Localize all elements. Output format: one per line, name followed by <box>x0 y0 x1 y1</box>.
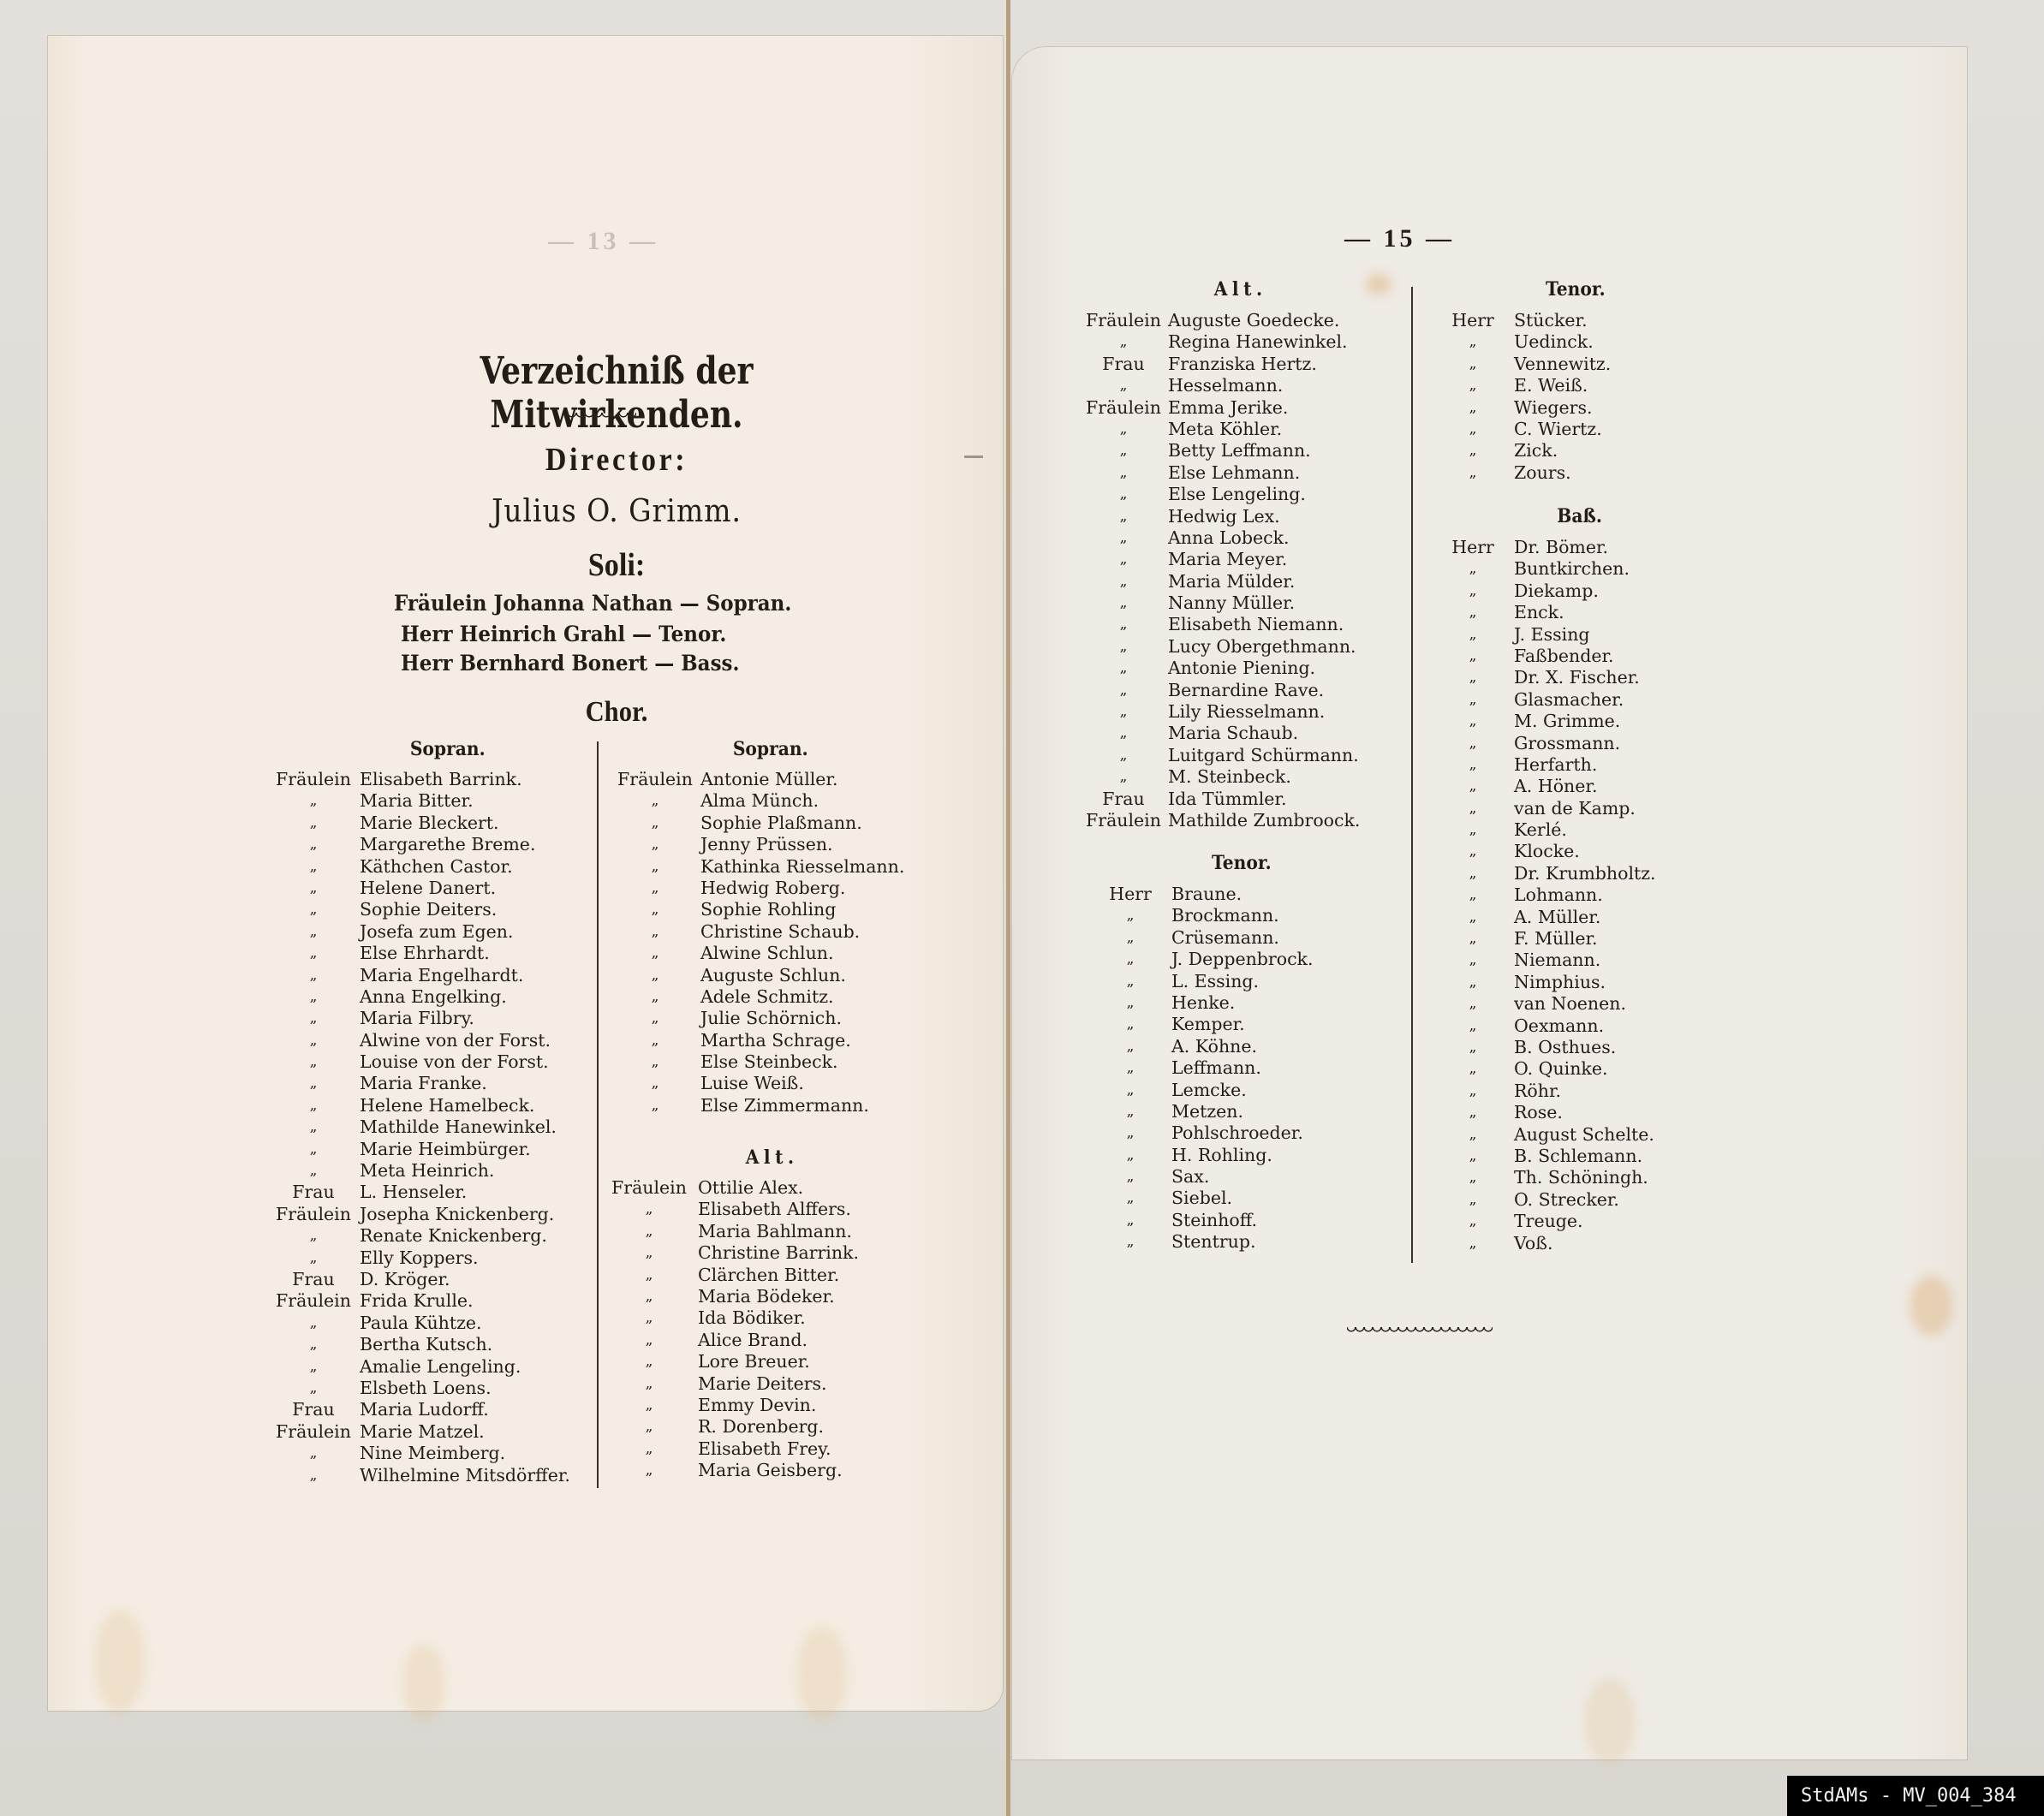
salutation: „ <box>271 1030 356 1051</box>
member-name: A. Müller. <box>1514 907 1600 928</box>
member-name: Nine Meimberg. <box>360 1443 505 1464</box>
salutation: „ <box>1105 949 1156 970</box>
salutation: „ <box>1447 667 1499 688</box>
salutation: „ <box>1105 1014 1156 1035</box>
member-name: Diekamp. <box>1514 581 1599 602</box>
salutation: „ <box>1447 1037 1499 1058</box>
member-name: Elsbeth Loens. <box>360 1378 492 1399</box>
member-name: Helene Hamelbeck. <box>360 1095 534 1116</box>
salutation: „ <box>1447 798 1499 819</box>
margin-mark <box>964 455 983 458</box>
member-name: Mathilde Zumbroock. <box>1168 810 1360 831</box>
member-name: Herfarth. <box>1514 754 1597 776</box>
salutation: „ <box>1105 1231 1156 1253</box>
salutation: „ <box>271 878 356 899</box>
salutation: Fräulein <box>612 769 698 790</box>
member-name: Else Zimmermann. <box>700 1095 869 1116</box>
salutation: „ <box>1447 1015 1499 1037</box>
salutation: „ <box>606 1221 692 1242</box>
salutation: „ <box>1105 1080 1156 1101</box>
member-name: Auguste Schlun. <box>700 965 846 986</box>
salutation: „ <box>1447 754 1499 776</box>
salutation: „ <box>1081 440 1166 461</box>
member-name: Julie Schörnich. <box>700 1008 842 1029</box>
salutation: „ <box>606 1395 692 1416</box>
member-name: J. Deppenbrock. <box>1171 949 1314 970</box>
salutation: „ <box>1447 841 1499 862</box>
member-name: Crüsemann. <box>1171 927 1279 949</box>
salutation: „ <box>1447 354 1499 375</box>
salutation: „ <box>271 813 356 834</box>
member-name: Bertha Kutsch. <box>360 1334 492 1355</box>
soli-entry: Fräulein Johanna Nathan — Sopran. <box>394 591 791 616</box>
member-name: Zours. <box>1514 462 1571 484</box>
salutation: „ <box>1447 331 1499 353</box>
member-name: Buntkirchen. <box>1514 558 1630 580</box>
salutation: „ <box>1447 711 1499 732</box>
member-name: Siebel. <box>1171 1188 1232 1209</box>
salutation: „ <box>1447 1211 1499 1232</box>
salutation: „ <box>271 834 356 855</box>
salutation: „ <box>612 1095 698 1116</box>
director-heading: Director: <box>462 441 771 479</box>
salutation: „ <box>1447 1189 1499 1211</box>
member-name: L. Henseler. <box>360 1182 467 1203</box>
salutation: Fräulein <box>1081 310 1166 331</box>
salutation: „ <box>1105 1188 1156 1209</box>
salutation: „ <box>1105 1210 1156 1231</box>
soli-entry: Herr Bernhard Bonert — Bass. <box>401 651 739 676</box>
salutation: „ <box>612 813 698 834</box>
member-name: L. Essing. <box>1171 971 1259 992</box>
salutation: „ <box>1081 506 1166 527</box>
member-name: Josepha Knickenberg. <box>360 1204 554 1225</box>
salutation: „ <box>606 1265 692 1286</box>
member-name: Maria Bahlmann. <box>698 1221 852 1242</box>
salutation: „ <box>1105 1122 1156 1144</box>
foxing-stain <box>94 1610 146 1712</box>
member-name: Ida Bödiker. <box>698 1307 806 1329</box>
salutation: „ <box>612 943 698 964</box>
member-name: Elly Koppers. <box>360 1247 479 1269</box>
member-name: Pohlschroeder. <box>1171 1122 1303 1144</box>
salutation: „ <box>606 1242 692 1264</box>
salutation: „ <box>612 921 698 943</box>
salutation: „ <box>271 1313 356 1334</box>
salutation: „ <box>1081 527 1166 549</box>
salutation: „ <box>271 1008 356 1029</box>
salutation: „ <box>1447 624 1499 646</box>
salutation: „ <box>271 1051 356 1073</box>
salutation: „ <box>1081 614 1166 635</box>
member-name: Anna Engelking. <box>360 986 507 1008</box>
member-name: Oexmann. <box>1514 1015 1604 1037</box>
salutation: „ <box>612 856 698 878</box>
member-name: Vennewitz. <box>1514 354 1611 375</box>
member-name: Josefa zum Egen. <box>360 921 513 943</box>
salutation: „ <box>1447 1081 1499 1102</box>
member-name: van Noenen. <box>1514 993 1626 1015</box>
salutation: „ <box>1081 462 1166 484</box>
member-name: Renate Knickenberg. <box>360 1225 547 1247</box>
salutation: „ <box>606 1416 692 1438</box>
salutation: „ <box>1447 646 1499 667</box>
member-name: Elisabeth Barrink. <box>360 769 522 790</box>
salutation: „ <box>1447 819 1499 841</box>
page-title: Verzeichniß der Mitwirkenden. <box>406 349 827 437</box>
member-name: D. Kröger. <box>360 1269 450 1290</box>
salutation: „ <box>1447 581 1499 602</box>
member-name: Else Lehmann. <box>1168 462 1300 484</box>
chor-heading: Chor. <box>539 696 694 729</box>
salutation: „ <box>1447 419 1499 440</box>
ornament-wave-icon <box>568 413 636 421</box>
member-name: Nanny Müller. <box>1168 592 1295 614</box>
member-name: Amalie Lengeling. <box>360 1356 521 1378</box>
member-name: Steinhoff. <box>1171 1210 1257 1231</box>
salutation: „ <box>1105 992 1156 1014</box>
member-name: Christine Schaub. <box>700 921 860 943</box>
section-heading-sopran: Sopran. <box>410 738 486 760</box>
member-name: E. Weiß. <box>1514 375 1588 396</box>
salutation: Herr <box>1447 537 1499 558</box>
member-name: Brockmann. <box>1171 905 1279 926</box>
salutation: „ <box>1081 592 1166 614</box>
member-name: Betty Leffmann. <box>1168 440 1311 461</box>
member-name: Lore Breuer. <box>698 1351 810 1372</box>
section-heading-tenor: Tenor. <box>1546 278 1606 301</box>
member-name: Glasmacher. <box>1514 689 1624 711</box>
salutation: Fräulein <box>271 1421 356 1443</box>
salutation: „ <box>1081 419 1166 440</box>
archive-label: StdAMs - MV_004_384 <box>1787 1776 2044 1816</box>
salutation: Herr <box>1105 884 1156 905</box>
member-name: M. Steinbeck. <box>1168 766 1291 788</box>
member-name: Else Ehrhardt. <box>360 943 490 964</box>
member-name: Kemper. <box>1171 1014 1245 1035</box>
salutation: „ <box>271 1160 356 1182</box>
salutation: „ <box>1105 971 1156 992</box>
salutation: „ <box>1105 1036 1156 1057</box>
salutation: „ <box>606 1438 692 1460</box>
member-name: Meta Heinrich. <box>360 1160 494 1182</box>
member-name: Henke. <box>1171 992 1235 1014</box>
member-name: Mathilde Hanewinkel. <box>360 1116 557 1138</box>
salutation: „ <box>1447 1167 1499 1188</box>
member-name: H. Rohling. <box>1171 1145 1272 1166</box>
salutation: „ <box>606 1199 692 1220</box>
salutation: „ <box>1447 972 1499 993</box>
member-name: Alwine Schlun. <box>700 943 834 964</box>
member-name: Frida Krulle. <box>360 1290 474 1312</box>
member-name: Dr. Krumbholtz. <box>1514 863 1656 884</box>
member-name: Voß. <box>1514 1233 1552 1254</box>
member-name: Louise von der Forst. <box>360 1051 549 1073</box>
salutation: „ <box>612 965 698 986</box>
member-name: Rose. <box>1514 1102 1563 1123</box>
salutation: „ <box>612 1051 698 1073</box>
salutation: „ <box>612 878 698 899</box>
salutation: „ <box>1447 950 1499 971</box>
salutation: „ <box>612 1008 698 1029</box>
member-name: Nimphius. <box>1514 972 1606 993</box>
salutation: „ <box>1081 636 1166 658</box>
salutation: „ <box>1081 549 1166 570</box>
member-name: Kathinka Riesselmann. <box>700 856 904 878</box>
salutation: „ <box>606 1286 692 1307</box>
member-name: Auguste Goedecke. <box>1168 310 1339 331</box>
member-name: Franziska Hertz. <box>1168 354 1317 375</box>
salutation: „ <box>271 1073 356 1094</box>
salutation: „ <box>1105 1101 1156 1122</box>
member-name: Röhr. <box>1514 1081 1561 1102</box>
page-number-right: — 15 — <box>1344 224 1455 253</box>
member-name: Ida Tümmler. <box>1168 789 1286 810</box>
member-name: Elisabeth Frey. <box>698 1438 831 1460</box>
salutation: Fräulein <box>1081 397 1166 419</box>
member-name: Christine Barrink. <box>698 1242 859 1264</box>
member-name: Alma Münch. <box>700 790 819 812</box>
member-name: Alwine von der Forst. <box>360 1030 551 1051</box>
member-name: Stentrup. <box>1171 1231 1256 1253</box>
salutation: „ <box>1447 602 1499 623</box>
salutation: „ <box>1447 1058 1499 1080</box>
salutation: „ <box>271 790 356 812</box>
member-name: Käthchen Castor. <box>360 856 513 878</box>
foxing-stain <box>796 1627 848 1721</box>
salutation: „ <box>1105 1057 1156 1079</box>
member-name: Dr. X. Fischer. <box>1514 667 1640 688</box>
salutation: Fräulein <box>606 1177 692 1199</box>
salutation: „ <box>1447 1124 1499 1146</box>
member-name: Else Steinbeck. <box>700 1051 838 1073</box>
salutation: „ <box>1447 907 1499 928</box>
soli-heading: Soli: <box>524 546 709 584</box>
member-name: Maria Mülder. <box>1168 571 1295 592</box>
member-name: Lohmann. <box>1514 884 1603 906</box>
salutation: „ <box>606 1330 692 1351</box>
salutation: „ <box>271 1378 356 1399</box>
member-name: Emma Jerike. <box>1168 397 1288 419</box>
salutation: „ <box>1447 397 1499 419</box>
salutation: Frau <box>271 1399 356 1420</box>
member-name: Enck. <box>1514 602 1564 623</box>
member-name: Wilhelmine Mitsdörffer. <box>360 1465 570 1486</box>
member-name: Elisabeth Alffers. <box>698 1199 851 1220</box>
salutation: „ <box>271 1095 356 1116</box>
salutation: „ <box>1105 927 1156 949</box>
salutation: „ <box>1447 375 1499 396</box>
member-name: Helene Danert. <box>360 878 496 899</box>
member-name: Marie Deiters. <box>698 1373 827 1395</box>
member-name: Lemcke. <box>1171 1080 1247 1101</box>
salutation: Fräulein <box>271 769 356 790</box>
member-name: Elisabeth Niemann. <box>1168 614 1344 635</box>
page-number-left: — 13 — <box>548 227 658 256</box>
salutation: „ <box>271 986 356 1008</box>
salutation: „ <box>1105 1166 1156 1188</box>
member-name: Uedinck. <box>1514 331 1594 353</box>
salutation: Fräulein <box>1081 810 1166 831</box>
member-name: Alice Brand. <box>698 1330 807 1351</box>
member-name: Kerlé. <box>1514 819 1567 841</box>
member-name: Treuge. <box>1514 1211 1583 1232</box>
section-heading-alt: Alt. <box>746 1146 799 1169</box>
salutation: „ <box>612 790 698 812</box>
member-name: J. Essing <box>1514 624 1590 646</box>
member-name: B. Schlemann. <box>1514 1146 1642 1167</box>
salutation: „ <box>1105 1145 1156 1166</box>
member-name: Maria Franke. <box>360 1073 487 1094</box>
salutation: Fräulein <box>271 1290 356 1312</box>
salutation: „ <box>271 1334 356 1355</box>
section-heading-tenor: Tenor. <box>1212 852 1272 874</box>
salutation: „ <box>1081 571 1166 592</box>
member-name: Braune. <box>1171 884 1242 905</box>
salutation: „ <box>271 1116 356 1138</box>
salutation: „ <box>271 1443 356 1464</box>
salutation: „ <box>612 1073 698 1094</box>
member-name: Marie Heimbürger. <box>360 1139 531 1160</box>
member-name: Niemann. <box>1514 950 1600 971</box>
member-name: M. Grimme. <box>1514 711 1620 732</box>
member-name: Lucy Obergethmann. <box>1168 636 1356 658</box>
member-name: Marie Bleckert. <box>360 813 499 834</box>
member-name: Stücker. <box>1514 310 1588 331</box>
salutation: „ <box>271 1225 356 1247</box>
salutation: „ <box>1447 1233 1499 1254</box>
section-heading-alt: Alt. <box>1214 278 1267 301</box>
member-name: O. Strecker. <box>1514 1189 1619 1211</box>
section-heading-sopran: Sopran. <box>733 738 808 760</box>
salutation: „ <box>271 1465 356 1486</box>
member-name: Hesselmann. <box>1168 375 1283 396</box>
member-name: Wiegers. <box>1514 397 1593 419</box>
member-name: Th. Schöningh. <box>1514 1167 1648 1188</box>
foxing-stain <box>1584 1678 1636 1764</box>
salutation: „ <box>1447 884 1499 906</box>
salutation: „ <box>1447 1146 1499 1167</box>
member-name: Klocke. <box>1514 841 1580 862</box>
member-name: van de Kamp. <box>1514 798 1636 819</box>
member-name: Metzen. <box>1171 1101 1243 1122</box>
salutation: „ <box>271 856 356 878</box>
member-name: August Schelte. <box>1514 1124 1654 1146</box>
member-name: R. Dorenberg. <box>698 1416 824 1438</box>
salutation: „ <box>271 965 356 986</box>
member-name: Martha Schrage. <box>700 1030 851 1051</box>
member-name: Marie Matzel. <box>360 1421 485 1443</box>
salutation: Frau <box>271 1269 356 1290</box>
member-name: Maria Filbry. <box>360 1008 474 1029</box>
foxing-stain <box>1366 274 1391 295</box>
book-gutter <box>1006 0 1010 1816</box>
member-name: Luise Weiß. <box>700 1073 804 1094</box>
member-name: Anna Lobeck. <box>1168 527 1290 549</box>
member-name: Sophie Rohling <box>700 899 836 920</box>
salutation: „ <box>612 834 698 855</box>
salutation: „ <box>1447 558 1499 580</box>
member-name: Antonie Müller. <box>700 769 838 790</box>
member-name: Luitgard Schürmann. <box>1168 745 1359 766</box>
salutation: „ <box>1081 375 1166 396</box>
member-name: A. Höner. <box>1514 776 1597 797</box>
salutation: „ <box>1081 745 1166 766</box>
member-name: Dr. Bömer. <box>1514 537 1608 558</box>
member-name: Maria Meyer. <box>1168 549 1287 570</box>
member-name: Hedwig Roberg. <box>700 878 845 899</box>
salutation: „ <box>1447 1102 1499 1123</box>
member-name: A. Köhne. <box>1171 1036 1257 1057</box>
member-name: Clärchen Bitter. <box>698 1265 839 1286</box>
salutation: „ <box>271 1139 356 1160</box>
member-name: Regina Hanewinkel. <box>1168 331 1348 353</box>
member-name: Maria Engelhardt. <box>360 965 523 986</box>
member-name: Else Lengeling. <box>1168 484 1306 505</box>
member-name: Maria Bödeker. <box>698 1286 835 1307</box>
salutation: „ <box>1081 766 1166 788</box>
salutation: „ <box>606 1307 692 1329</box>
member-name: Maria Bitter. <box>360 790 474 812</box>
member-name: Sophie Deiters. <box>360 899 497 920</box>
salutation: „ <box>1447 462 1499 484</box>
member-name: Meta Köhler. <box>1168 419 1282 440</box>
salutation: „ <box>1081 723 1166 744</box>
salutation: „ <box>1105 905 1156 926</box>
salutation: „ <box>1447 733 1499 754</box>
member-name: Leffmann. <box>1171 1057 1261 1079</box>
member-name: Antonie Piening. <box>1168 658 1315 679</box>
salutation: Herr <box>1447 310 1499 331</box>
salutation: „ <box>271 1247 356 1269</box>
salutation: Fräulein <box>271 1204 356 1225</box>
salutation: „ <box>612 1030 698 1051</box>
member-name: Grossmann. <box>1514 733 1620 754</box>
member-name: Margarethe Breme. <box>360 834 535 855</box>
member-name: Lily Riesselmann. <box>1168 701 1325 723</box>
soli-entry: Herr Heinrich Grahl — Tenor. <box>401 622 726 646</box>
salutation: „ <box>1081 658 1166 679</box>
member-name: Sax. <box>1171 1166 1209 1188</box>
column-divider <box>1411 287 1413 1263</box>
salutation: „ <box>1447 440 1499 461</box>
foxing-stain <box>402 1644 445 1721</box>
salutation: „ <box>271 1356 356 1378</box>
member-name: Zick. <box>1514 440 1558 461</box>
salutation: „ <box>1081 680 1166 701</box>
salutation: „ <box>606 1460 692 1481</box>
salutation: „ <box>271 943 356 964</box>
foxing-stain <box>1910 1276 1952 1336</box>
salutation: „ <box>1081 484 1166 505</box>
section-heading-bass: Baß. <box>1557 505 1602 527</box>
salutation: „ <box>271 899 356 920</box>
member-name: Adele Schmitz. <box>700 986 834 1008</box>
member-name: Hedwig Lex. <box>1168 506 1280 527</box>
salutation: Frau <box>271 1182 356 1203</box>
member-name: B. Osthues. <box>1514 1037 1616 1058</box>
member-name: Bernardine Rave. <box>1168 680 1324 701</box>
salutation: „ <box>1081 331 1166 353</box>
salutation: „ <box>1447 689 1499 711</box>
director-name: Julius O. Grimm. <box>420 494 813 529</box>
salutation: „ <box>1447 776 1499 797</box>
salutation: „ <box>612 899 698 920</box>
member-name: Emmy Devin. <box>698 1395 816 1416</box>
salutation: Frau <box>1081 789 1166 810</box>
member-name: Maria Geisberg. <box>698 1460 843 1481</box>
salutation: „ <box>606 1373 692 1395</box>
